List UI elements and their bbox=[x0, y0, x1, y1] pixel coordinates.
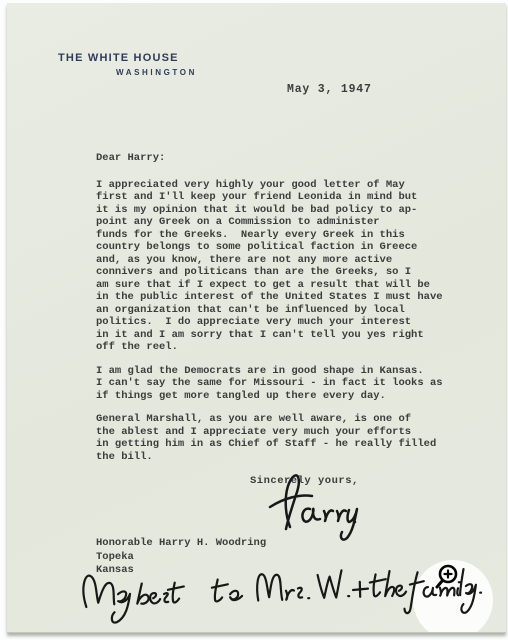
zoom-in-icon[interactable] bbox=[434, 561, 464, 591]
letter-date: May 3, 1947 bbox=[287, 83, 372, 96]
letter-paper: THE WHITE HOUSE WASHINGTON May 3, 1947 D… bbox=[7, 3, 506, 633]
paragraph-2: I am glad the Democrats are in good shap… bbox=[96, 365, 466, 403]
scanned-letter-photo: THE WHITE HOUSE WASHINGTON May 3, 1947 D… bbox=[0, 0, 508, 640]
letterhead-line1: THE WHITE HOUSE bbox=[58, 52, 179, 64]
salutation: Dear Harry: bbox=[96, 152, 466, 165]
handwritten-note bbox=[71, 553, 483, 630]
letter-body: Dear Harry: I appreciated very highly yo… bbox=[96, 152, 466, 474]
paragraph-1: I appreciated very highly your good lett… bbox=[96, 179, 466, 354]
paragraph-3: General Marshall, as you are well aware,… bbox=[96, 413, 466, 463]
signature-handwriting bbox=[256, 465, 366, 543]
letterhead-line2: WASHINGTON bbox=[116, 68, 197, 77]
